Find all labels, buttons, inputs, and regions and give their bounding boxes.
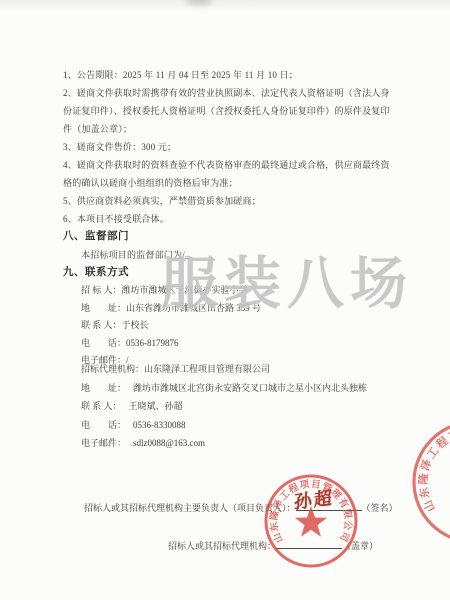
signature-line-project-leader: 招标人或其招标代理机构主要负责人（项目负责人）：（签名） bbox=[84, 501, 398, 515]
agency-person-row: 联 系 人：王晓斌、孙超 bbox=[81, 397, 367, 416]
signature-line-agency-seal: 招标人或其招标代理机构：（盖章） bbox=[168, 539, 378, 553]
notice-item-1: 1、公告期限：2025 年 11 月 04 日至 2025 年 11 月 10 … bbox=[63, 66, 397, 84]
field-label: 电 话： bbox=[81, 338, 126, 348]
document-page: 1、公告期限：2025 年 11 月 04 日至 2025 年 11 月 10 … bbox=[0, 0, 450, 600]
field-value: 山东隆泽工程项目管理有限公司 bbox=[144, 364, 270, 374]
tenderer-address-row: 地 址：山东省潍坊市潍城区田杏路 359 号 bbox=[81, 300, 397, 318]
notice-body: 1、公告期限：2025 年 11 月 04 日至 2025 年 11 月 10 … bbox=[63, 66, 397, 370]
handwritten-signature: 孙超 bbox=[294, 483, 334, 514]
field-value: 0536-8330088 bbox=[133, 420, 186, 430]
agency-name-row: 招标代理机构：山东隆泽工程项目管理有限公司 bbox=[81, 360, 367, 379]
svg-text:山东隆泽工程项目管理有限公司: 山东隆泽工程项目管理有限公司 bbox=[416, 424, 450, 514]
seal-line-label: 招标人或其招标代理机构： bbox=[168, 541, 276, 551]
tenderer-person-row: 联 系 人：于校长 bbox=[81, 317, 397, 335]
field-label: 联 系 人： bbox=[81, 401, 122, 411]
field-value: 山东省潍坊市潍城区田杏路 359 号 bbox=[126, 303, 261, 313]
field-label: 电子邮件： bbox=[81, 438, 126, 448]
field-label: 联 系 人： bbox=[81, 320, 122, 330]
field-label: 地 址： bbox=[81, 303, 126, 313]
field-value: 潍坊市潍城区于河街办实验小学 bbox=[122, 285, 248, 295]
notice-item-3: 3、磋商文件售价：300 元； bbox=[63, 138, 397, 156]
notice-item-5: 5、供应商资料必须真实，严禁借资质参加磋商； bbox=[63, 192, 397, 210]
agency-address-row: 地 址：潍坊市潍城区北宫街永安路交叉口城市之星小区内北头独栋 bbox=[81, 379, 367, 398]
signature-line-label: 招标人或其招标代理机构主要负责人（项目负责人）： bbox=[84, 503, 296, 513]
field-value: 0536-8179876 bbox=[126, 338, 179, 348]
notice-item-2: 2、磋商文件获取时需携带有效的营业执照副本、法定代表人资格证明（含法人身份证复印… bbox=[63, 84, 397, 138]
company-seal-stamp-edge: 山东隆泽工程项目管理有限公司 bbox=[400, 408, 450, 558]
field-value: 潍坊市潍城区北宫街永安路交叉口城市之星小区内北头独栋 bbox=[133, 383, 367, 393]
field-label: 电 话： bbox=[81, 420, 126, 430]
agency-phone-row: 电 话：0536-8330088 bbox=[81, 416, 367, 435]
scan-artifact bbox=[186, 0, 212, 5]
scan-edge-shadow bbox=[0, 0, 450, 12]
agency-contact-block: 招标代理机构：山东隆泽工程项目管理有限公司 地 址：潍坊市潍城区北宫街永安路交叉… bbox=[81, 360, 367, 453]
company-seal-stamp: 山东隆泽工程项目管理有限公司 bbox=[258, 468, 364, 574]
section-heading-contact: 九、联系方式 bbox=[63, 264, 397, 282]
notice-item-6: 6、本项目不接受联合体。 bbox=[63, 210, 397, 228]
seal-blank-line bbox=[276, 539, 342, 549]
supervision-body: 本招标项目的监督部门为/。 bbox=[63, 246, 397, 264]
section-heading-supervision: 八、监督部门 bbox=[63, 228, 397, 246]
field-label: 招标代理机构： bbox=[81, 364, 144, 374]
field-value: 于校长 bbox=[122, 320, 149, 330]
field-value: 王晓斌、孙超 bbox=[129, 401, 183, 411]
seal-company-name: 山东隆泽工程项目管理有限公司 bbox=[416, 424, 450, 514]
signature-line-suffix: （签名） bbox=[362, 503, 398, 513]
tenderer-contact-block: 招 标 人：潍坊市潍城区于河街办实验小学 地 址：山东省潍坊市潍城区田杏路 35… bbox=[81, 282, 397, 370]
tenderer-name-row: 招 标 人：潍坊市潍城区于河街办实验小学 bbox=[81, 282, 397, 300]
notice-item-4: 4、磋商文件获取时的资料查验不代表资格审查的最终通过或合格，供应商最终资格的确认… bbox=[63, 156, 397, 192]
field-label: 招 标 人： bbox=[81, 285, 122, 295]
field-label: 地 址： bbox=[81, 383, 126, 393]
agency-email-row: 电子邮件：sdlz0088@163.com bbox=[81, 434, 367, 453]
seal-line-suffix: （盖章） bbox=[342, 541, 378, 551]
tenderer-phone-row: 电 话：0536-8179876 bbox=[81, 335, 397, 353]
field-value: sdlz0088@163.com bbox=[133, 438, 205, 448]
